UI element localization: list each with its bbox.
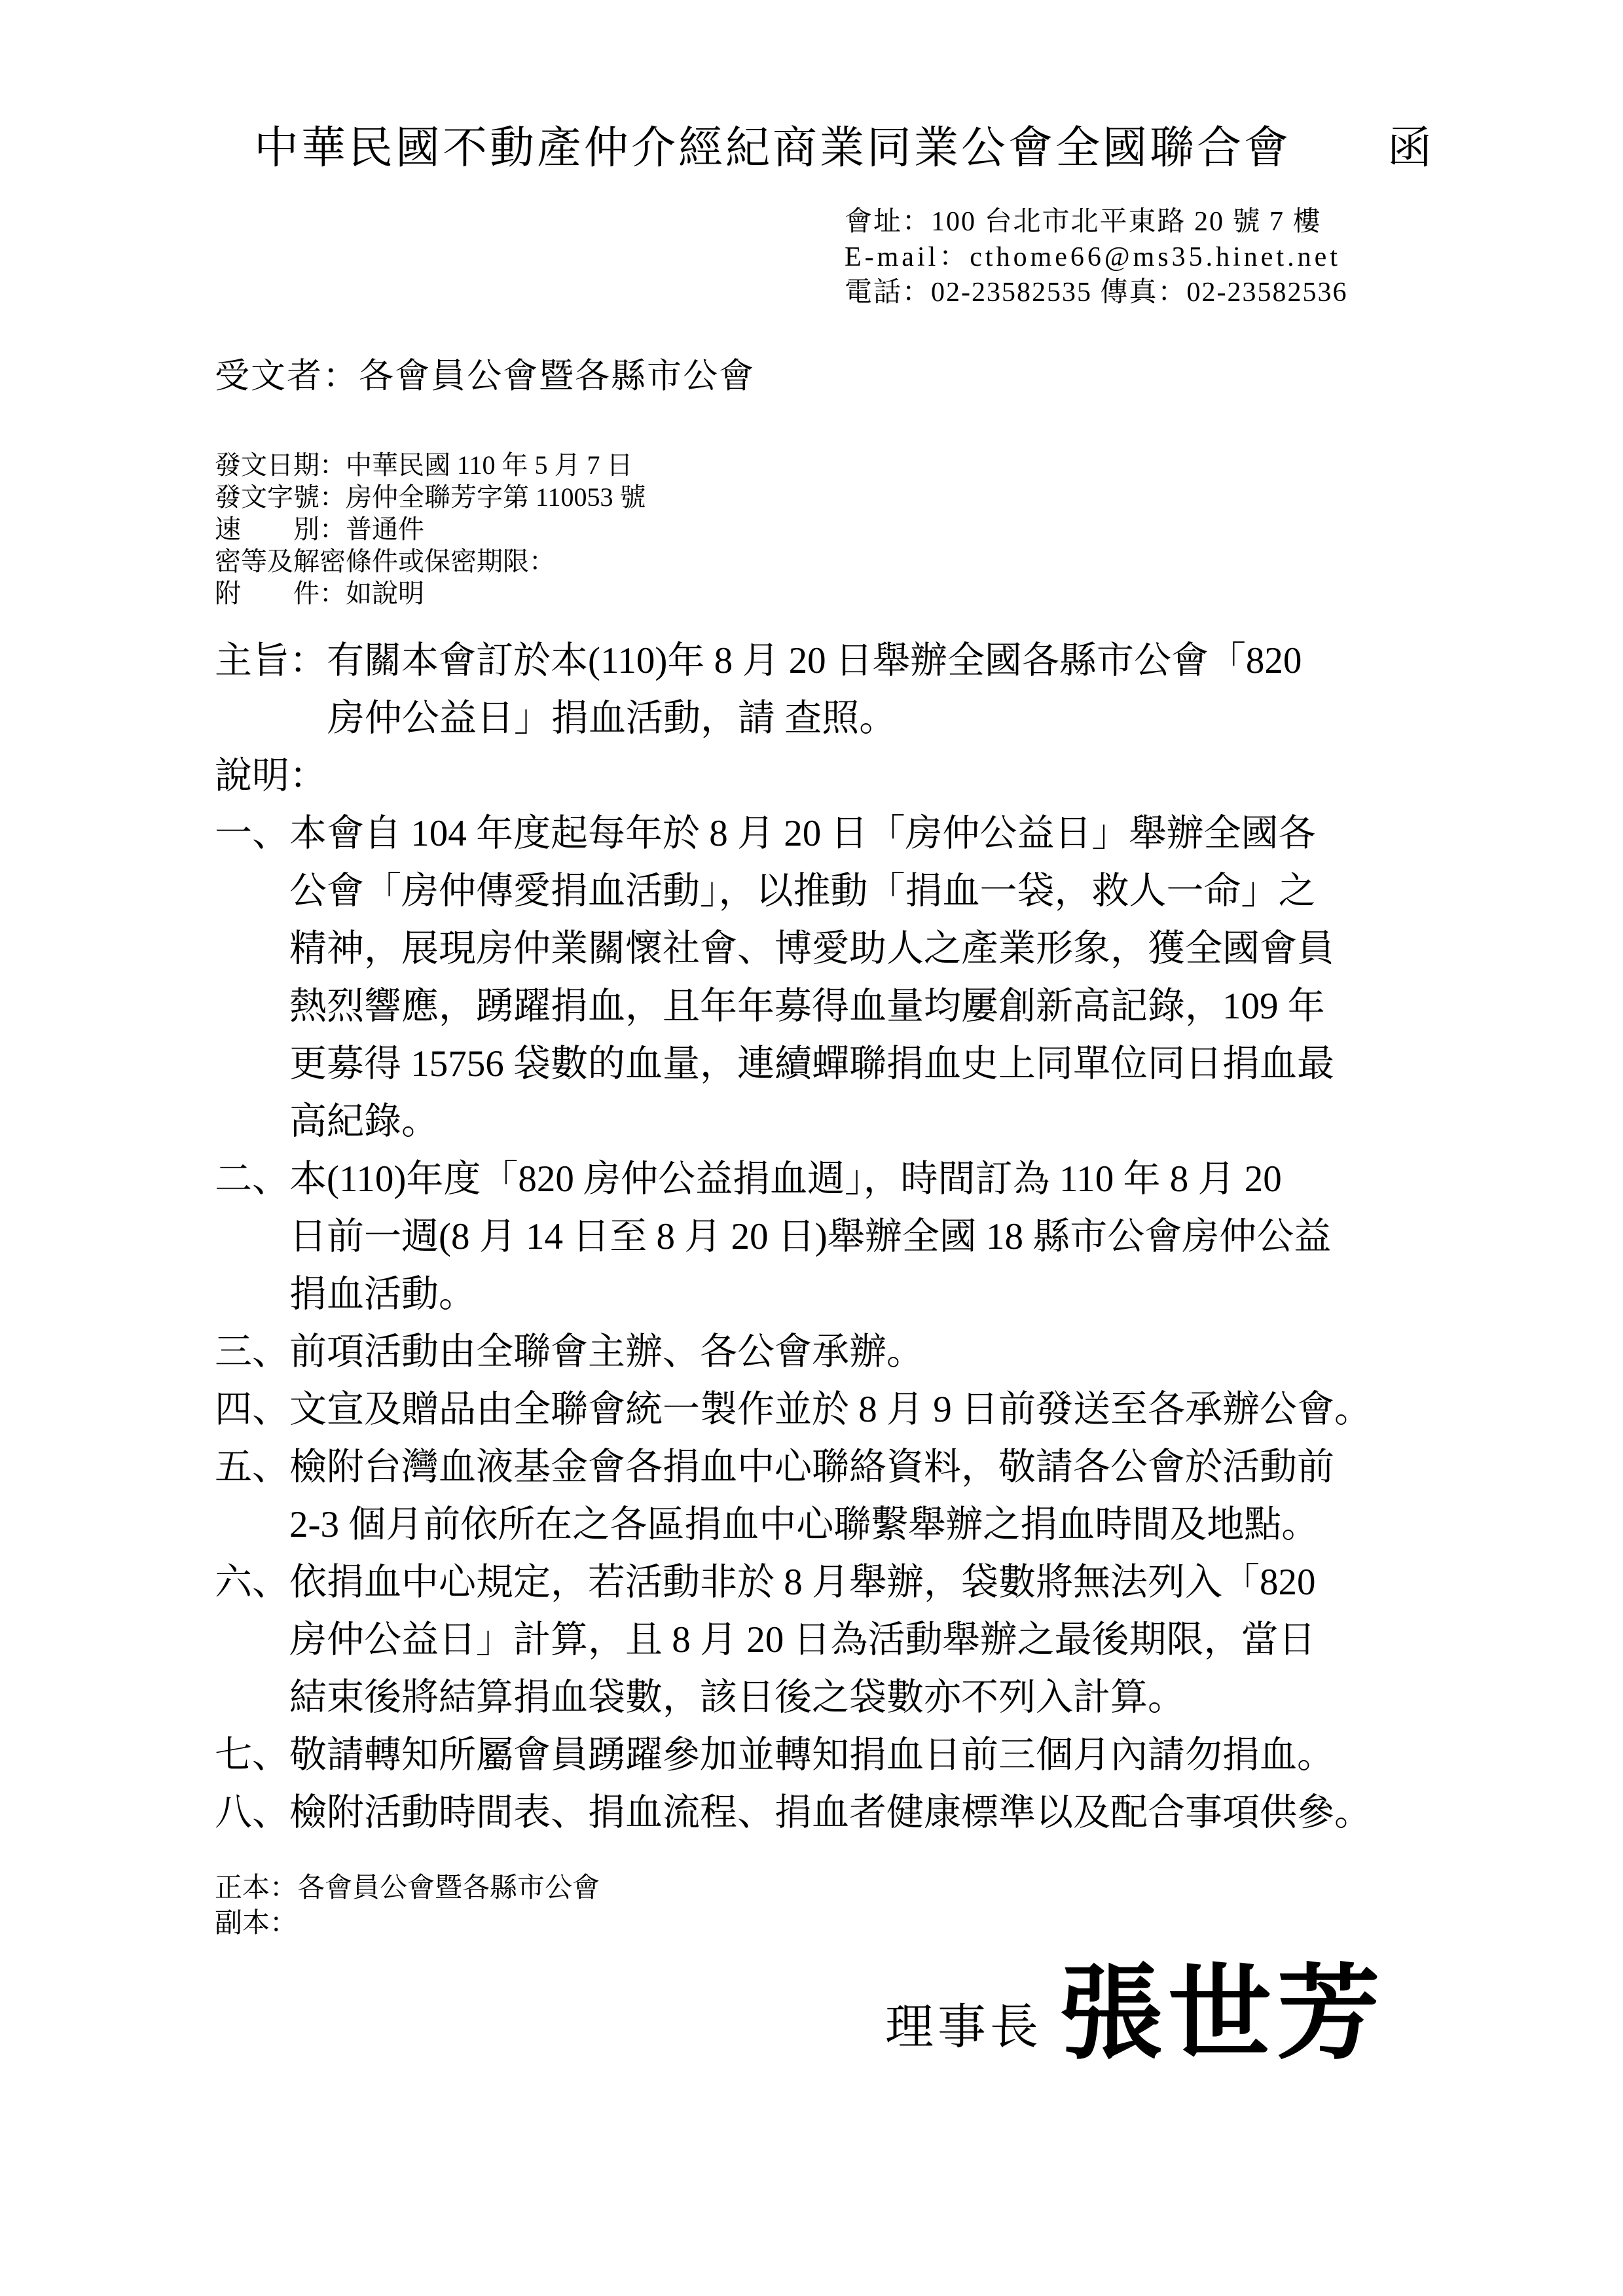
body-line: 五、檢附台灣血液基金會各捐血中心聯絡資料，敬請各公會於活動前: [215, 1439, 1372, 1496]
body-line: 2-3 個月前依所在之各區捐血中心聯繫舉辦之捐血時間及地點。: [215, 1496, 1372, 1554]
body-line: 更募得 15756 袋數的血量，連續蟬聯捐血史上同單位同日捐血最: [215, 1035, 1372, 1093]
document-type-label: 函: [1387, 123, 1434, 173]
signer-title: 理事長: [885, 1988, 1042, 2058]
body-line: 日前一週(8 月 14 日至 8 月 20 日)舉辦全國 18 縣市公會房仲公益: [215, 1208, 1372, 1266]
body-line: 六、依捐血中心規定，若活動非於 8 月舉辦，袋數將無法列入「820: [215, 1554, 1372, 1611]
body-line: 高紀錄。: [215, 1093, 1372, 1151]
body-line: 二、本(110)年度「820 房仲公益捐血週」，時間訂為 110 年 8 月 2…: [215, 1151, 1372, 1208]
original-copy-line: 正本：各會員公會暨各縣市公會: [215, 1871, 600, 1906]
meta-line: 速 別：普通件: [215, 513, 646, 545]
meta-line: 發文日期：中華民國 110 年 5 月 7 日: [215, 449, 646, 481]
official-letter-page: 中華民國不動產仲介經紀商業同業公會全國聯合會 函 會址：100 台北市北平東路 …: [0, 0, 1623, 2296]
body-line: 說明：: [215, 747, 1372, 805]
meta-line: 發文字號：房仲全聯芳字第 110053 號: [215, 481, 646, 513]
meta-block: 發文日期：中華民國 110 年 5 月 7 日發文字號：房仲全聯芳字第 1100…: [215, 449, 646, 609]
meta-line: 附 件：如說明: [215, 577, 646, 609]
contact-email-line: E-mail：cthome66@ms35.hinet.net: [845, 240, 1347, 275]
signer-name-signature: 張世芳: [1059, 1931, 1385, 2079]
carbon-copy-line: 副本：: [215, 1906, 600, 1941]
contact-phone-fax-line: 電話：02-23582535 傳真：02-23582536: [845, 275, 1347, 310]
body-line: 公會「房仲傳愛捐血活動」，以推動「捐血一袋，救人一命」之: [215, 863, 1372, 920]
contact-address-line: 會址：100 台北市北平東路 20 號 7 樓: [845, 204, 1347, 240]
contact-block: 會址：100 台北市北平東路 20 號 7 樓 E-mail：cthome66@…: [845, 204, 1347, 310]
body-line: 結束後將結算捐血袋數，該日後之袋數亦不列入計算。: [215, 1669, 1372, 1727]
body-line: 八、檢附活動時間表、捐血流程、捐血者健康標準以及配合事項供參。: [215, 1784, 1372, 1842]
footer-block: 正本：各會員公會暨各縣市公會 副本：: [215, 1871, 600, 1941]
body-line: 七、敬請轉知所屬會員踴躍參加並轉知捐血日前三個月內請勿捐血。: [215, 1727, 1372, 1784]
recipient-line: 受文者：各會員公會暨各縣市公會: [215, 348, 755, 398]
body-line: 三、前項活動由全聯會主辦、各公會承辦。: [215, 1323, 1372, 1381]
meta-line: 密等及解密條件或保密期限：: [215, 545, 646, 577]
body-line: 四、文宣及贈品由全聯會統一製作並於 8 月 9 日前發送至各承辦公會。: [215, 1381, 1372, 1439]
letter-body: 主旨：有關本會訂於本(110)年 8 月 20 日舉辦全國各縣市公會「820房仲…: [215, 632, 1372, 1842]
body-line: 精神，展現房仲業關懷社會、博愛助人之產業形象，獲全國會員: [215, 920, 1372, 978]
body-line: 主旨：有關本會訂於本(110)年 8 月 20 日舉辦全國各縣市公會「820: [215, 632, 1372, 690]
body-line: 房仲公益日」捐血活動，請 查照。: [215, 690, 1372, 747]
body-line: 房仲公益日」計算，且 8 月 20 日為活動舉辦之最後期限，當日: [215, 1611, 1372, 1669]
organization-name: 中華民國不動產仲介經紀商業同業公會全國聯合會: [254, 123, 1291, 173]
letter-title-row: 中華民國不動產仲介經紀商業同業公會全國聯合會 函: [254, 113, 1434, 176]
body-line: 熱烈響應，踴躍捐血，且年年募得血量均屢創新高記錄，109 年: [215, 978, 1372, 1035]
body-line: 捐血活動。: [215, 1266, 1372, 1323]
body-line: 一、本會自 104 年度起每年於 8 月 20 日「房仲公益日」舉辦全國各: [215, 805, 1372, 863]
